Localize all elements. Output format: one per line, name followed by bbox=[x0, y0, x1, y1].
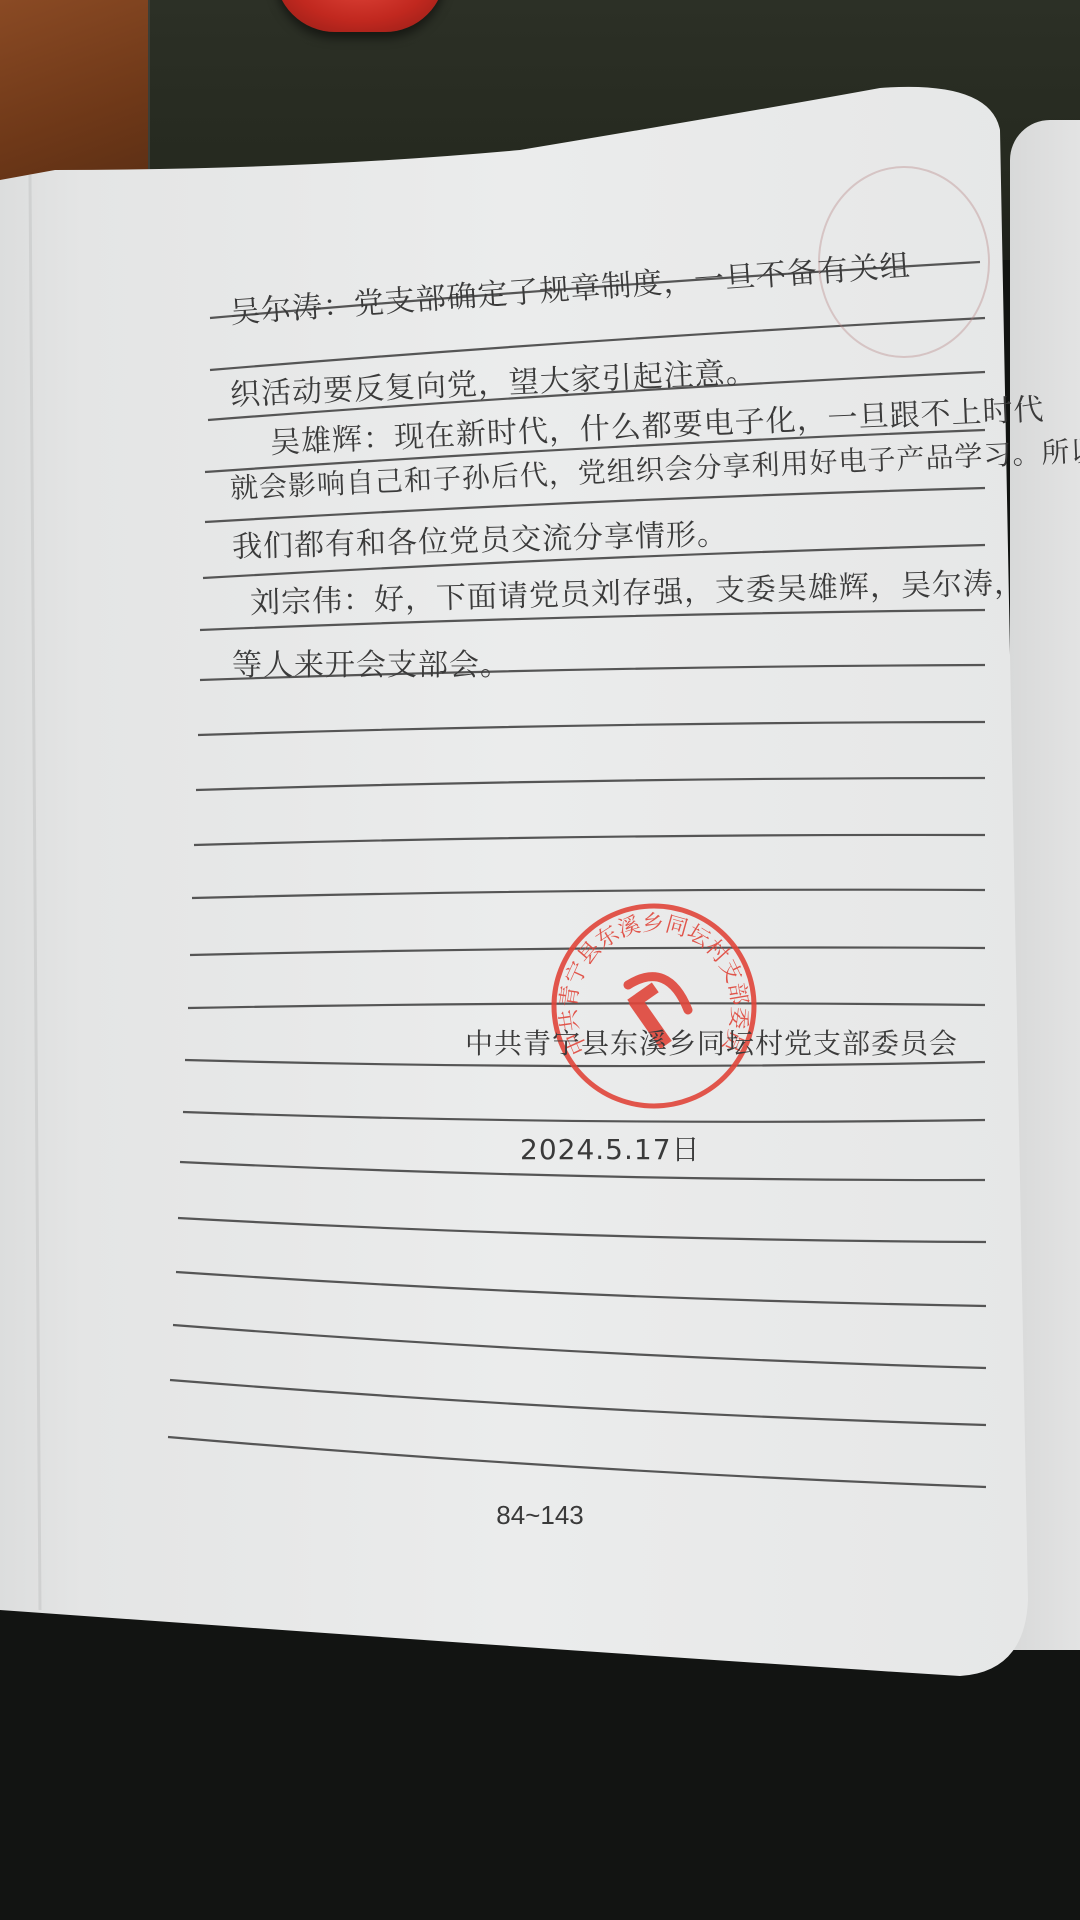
page-number: 84~143 bbox=[0, 1500, 1080, 1531]
signature-organization: 中共青宁县东溪乡同坛村党支部委员会 bbox=[465, 1022, 958, 1062]
official-seal: 中共青宁县东溪乡同坛村支部委员会 bbox=[548, 900, 760, 1112]
handwritten-line: 等人来开会支部会。 bbox=[232, 640, 511, 684]
signature-date: 2024.5.17日 bbox=[520, 1128, 701, 1168]
